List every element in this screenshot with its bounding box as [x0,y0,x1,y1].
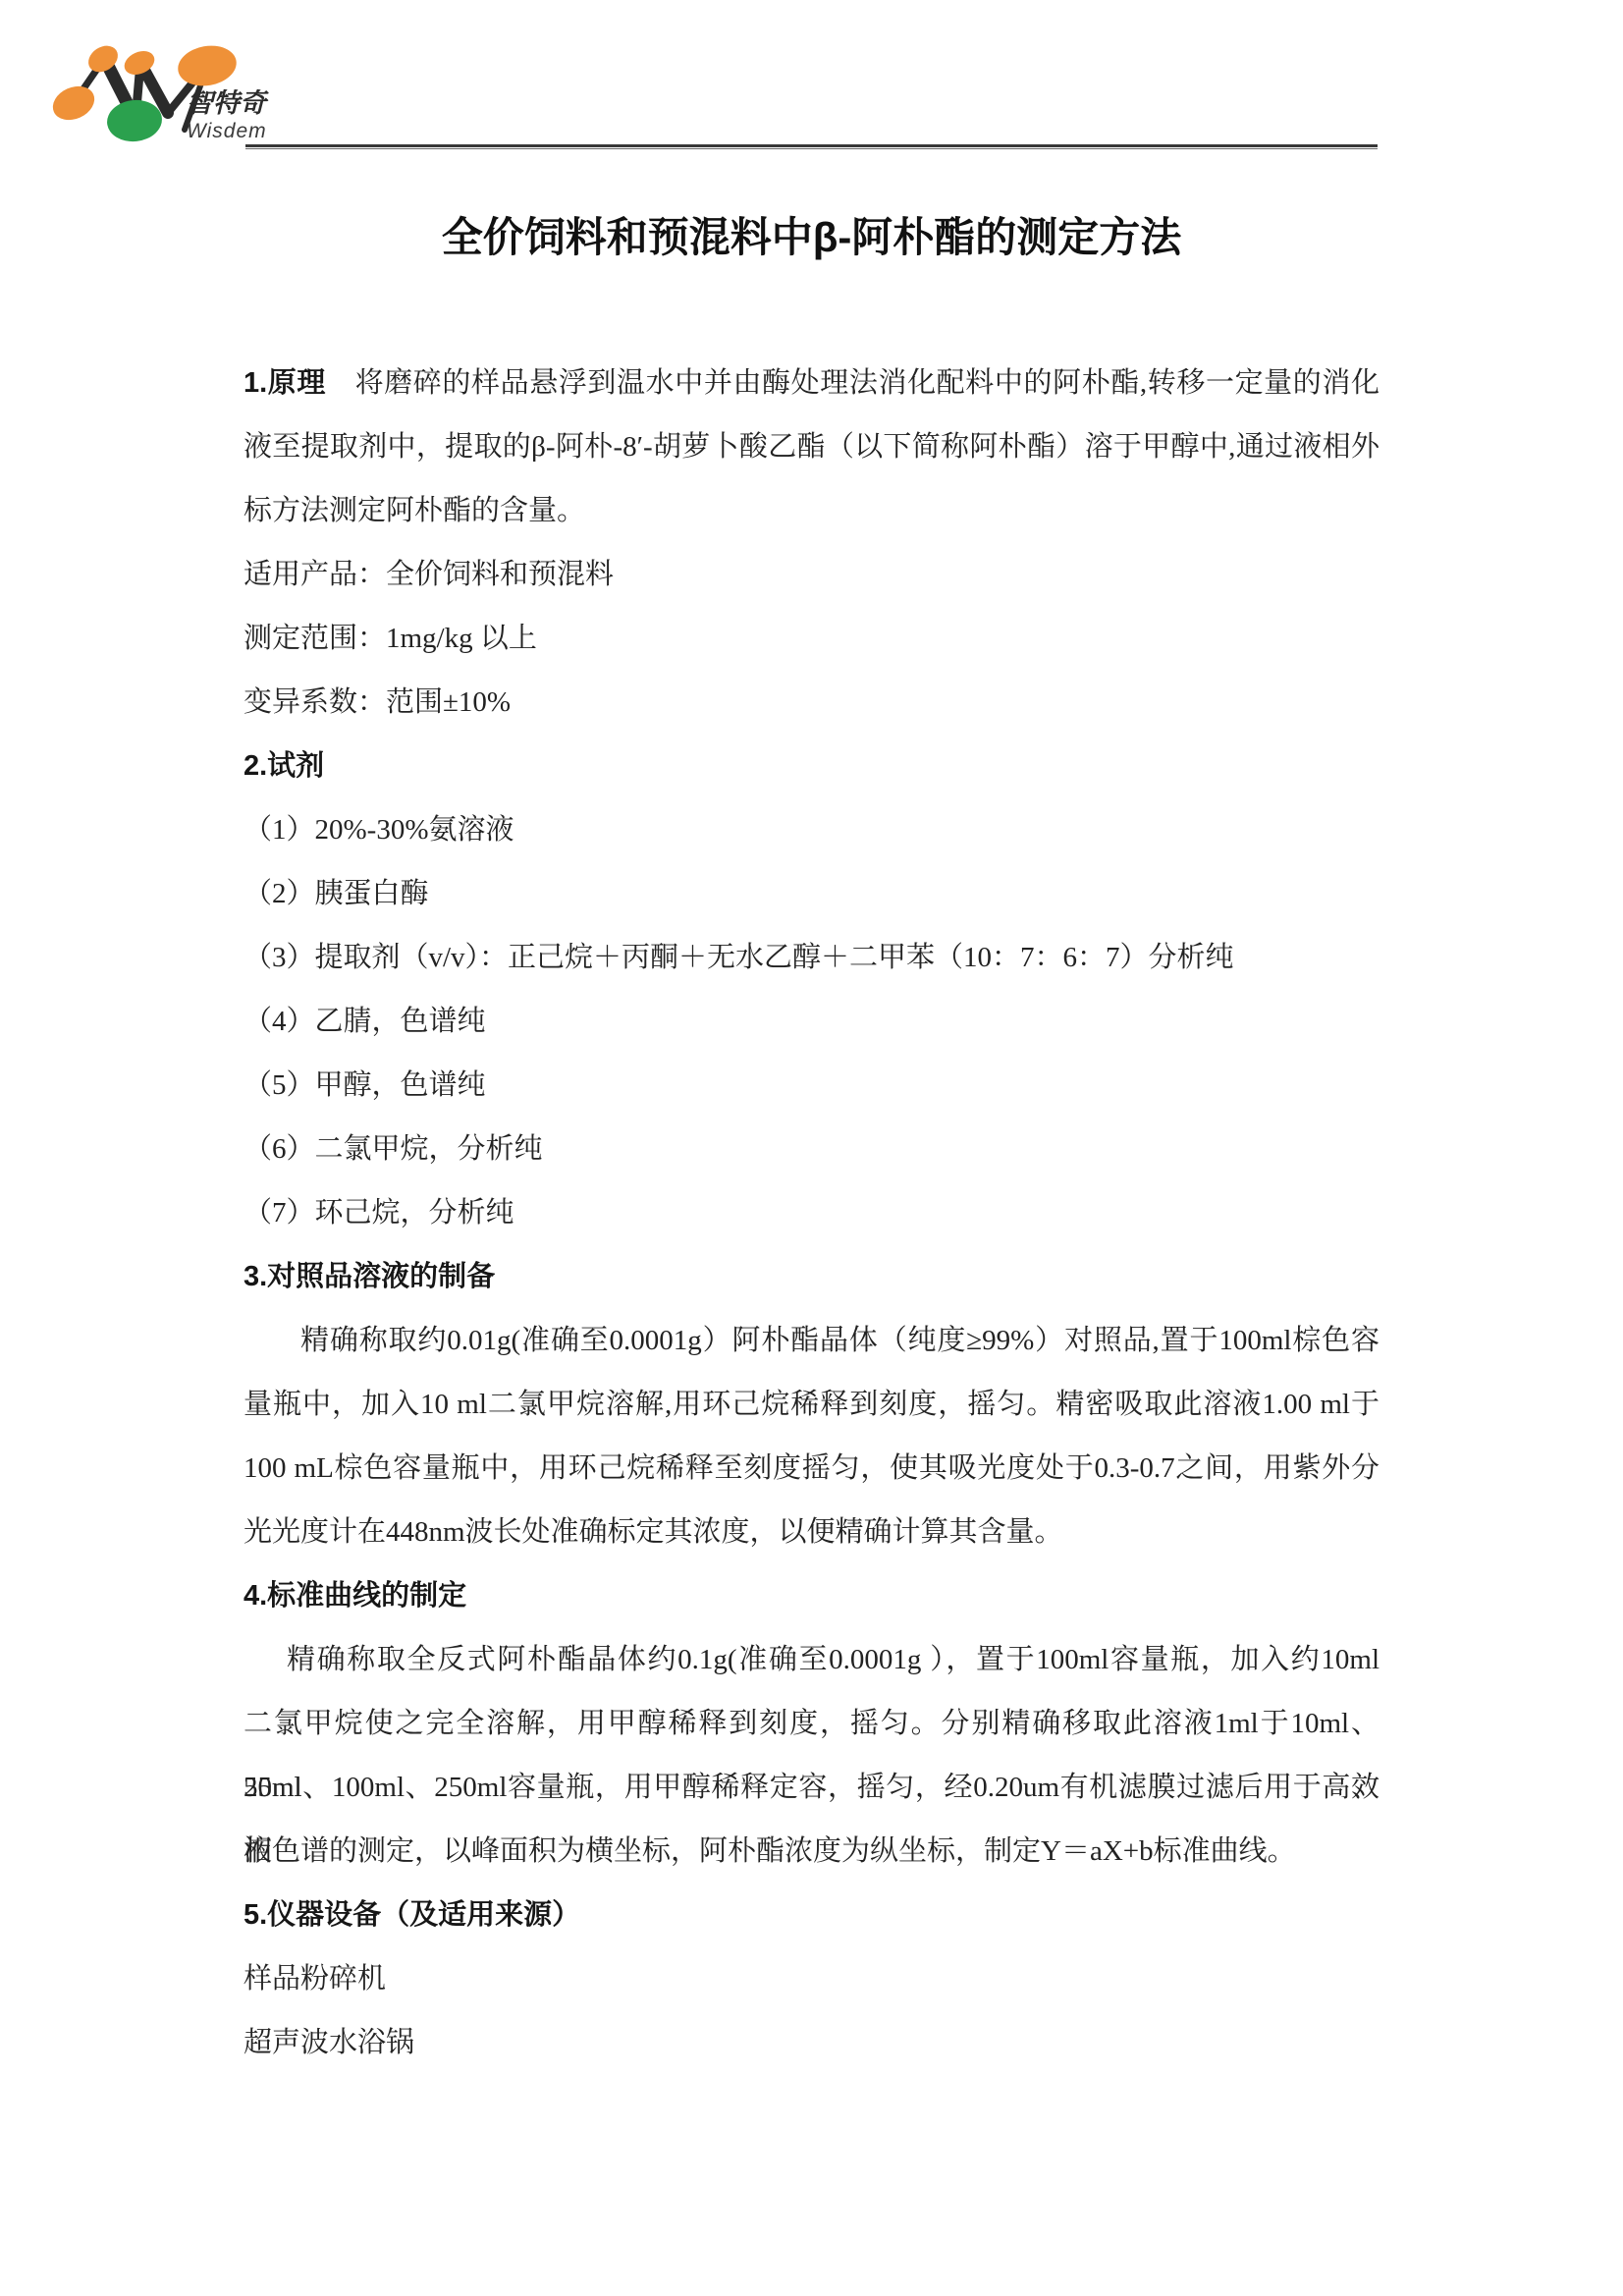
doc-line: 100 mL棕色容量瓶中，用环己烷稀释至刻度摇匀，使其吸光度处于0.3-0.7之… [243,1437,1380,1501]
doc-section-heading: 3.对照品溶液的制备 [243,1245,1380,1309]
doc-line: 精确称取全反式阿朴酯晶体约0.1g(准确至0.0001g ），置于100ml容量… [243,1628,1380,1692]
doc-line: 50ml、100ml、250ml容量瓶，用甲醇稀释定容，摇匀，经0.20um有机… [243,1756,1380,1820]
logo-orange-dot [175,41,240,90]
company-logo: 智特奇 Wisdem [39,22,295,149]
doc-section-heading: 5.仪器设备（及适用来源） [243,1884,1380,1947]
logo-brand-chinese: 智特奇 [187,88,269,118]
logo-green-dot [105,97,164,144]
doc-list-item: （7）环己烷，分析纯 [243,1181,1380,1245]
logo-brand-english: Wisdem [187,120,267,142]
document-page: 智特奇 Wisdem 全价饲料和预混料中β-阿朴酯的测定方法 1.原理 将磨碎的… [0,0,1623,2296]
doc-line: 适用产品：全价饲料和预混料 [243,543,1380,607]
doc-line: 液至提取剂中，提取的β-阿朴-8′-胡萝卜酸乙酯（以下简称阿朴酯）溶于甲醇中,通… [243,415,1380,479]
doc-line: 相色谱的测定，以峰面积为横坐标，阿朴酯浓度为纵坐标，制定Y＝aX+b标准曲线。 [243,1820,1380,1884]
doc-line: 精确称取约0.01g(准确至0.0001g）阿朴酯晶体（纯度≥99%）对照品,置… [243,1309,1380,1373]
doc-section-heading: 4.标准曲线的制定 [243,1564,1380,1628]
doc-line: 1.原理 将磨碎的样品悬浮到温水中并由酶处理法消化配料中的阿朴酯,转移一定量的消… [243,352,1380,415]
doc-line: 测定范围：1mg/kg 以上 [243,607,1380,671]
doc-list-item: （2）胰蛋白酶 [243,862,1380,926]
doc-line: 光光度计在448nm波长处准确标定其浓度，以便精确计算其含量。 [243,1501,1380,1564]
doc-line: 变异系数：范围±10% [243,671,1380,735]
doc-list-item: （4）乙腈，色谱纯 [243,990,1380,1054]
doc-line: 样品粉碎机 [243,1947,1380,2011]
doc-list-item: （6）二氯甲烷，分析纯 [243,1118,1380,1181]
header-rule [245,144,1378,149]
doc-line: 标方法测定阿朴酯的含量。 [243,479,1380,543]
doc-list-item: （5）甲醇，色谱纯 [243,1054,1380,1118]
page-title: 全价饲料和预混料中β-阿朴酯的测定方法 [243,208,1380,267]
logo-orange-dot [47,80,99,126]
doc-section-heading: 2.试剂 [243,735,1380,798]
doc-line: 超声波水浴锅 [243,2011,1380,2075]
doc-list-item: （1）20%-30%氨溶液 [243,798,1380,862]
doc-list-item: （3）提取剂（v/v）：正己烷＋丙酮＋无水乙醇＋二甲苯（10：7：6：7）分析纯 [243,926,1380,990]
doc-line: 量瓶中，加入10 ml二氯甲烷溶解,用环己烷稀释到刻度，摇匀。精密吸取此溶液1.… [243,1373,1380,1437]
doc-line: 二氯甲烷使之完全溶解，用甲醇稀释到刻度，摇匀。分别精确移取此溶液1ml于10ml… [243,1692,1380,1756]
document-body: 1.原理 将磨碎的样品悬浮到温水中并由酶处理法消化配料中的阿朴酯,转移一定量的消… [243,352,1380,2075]
